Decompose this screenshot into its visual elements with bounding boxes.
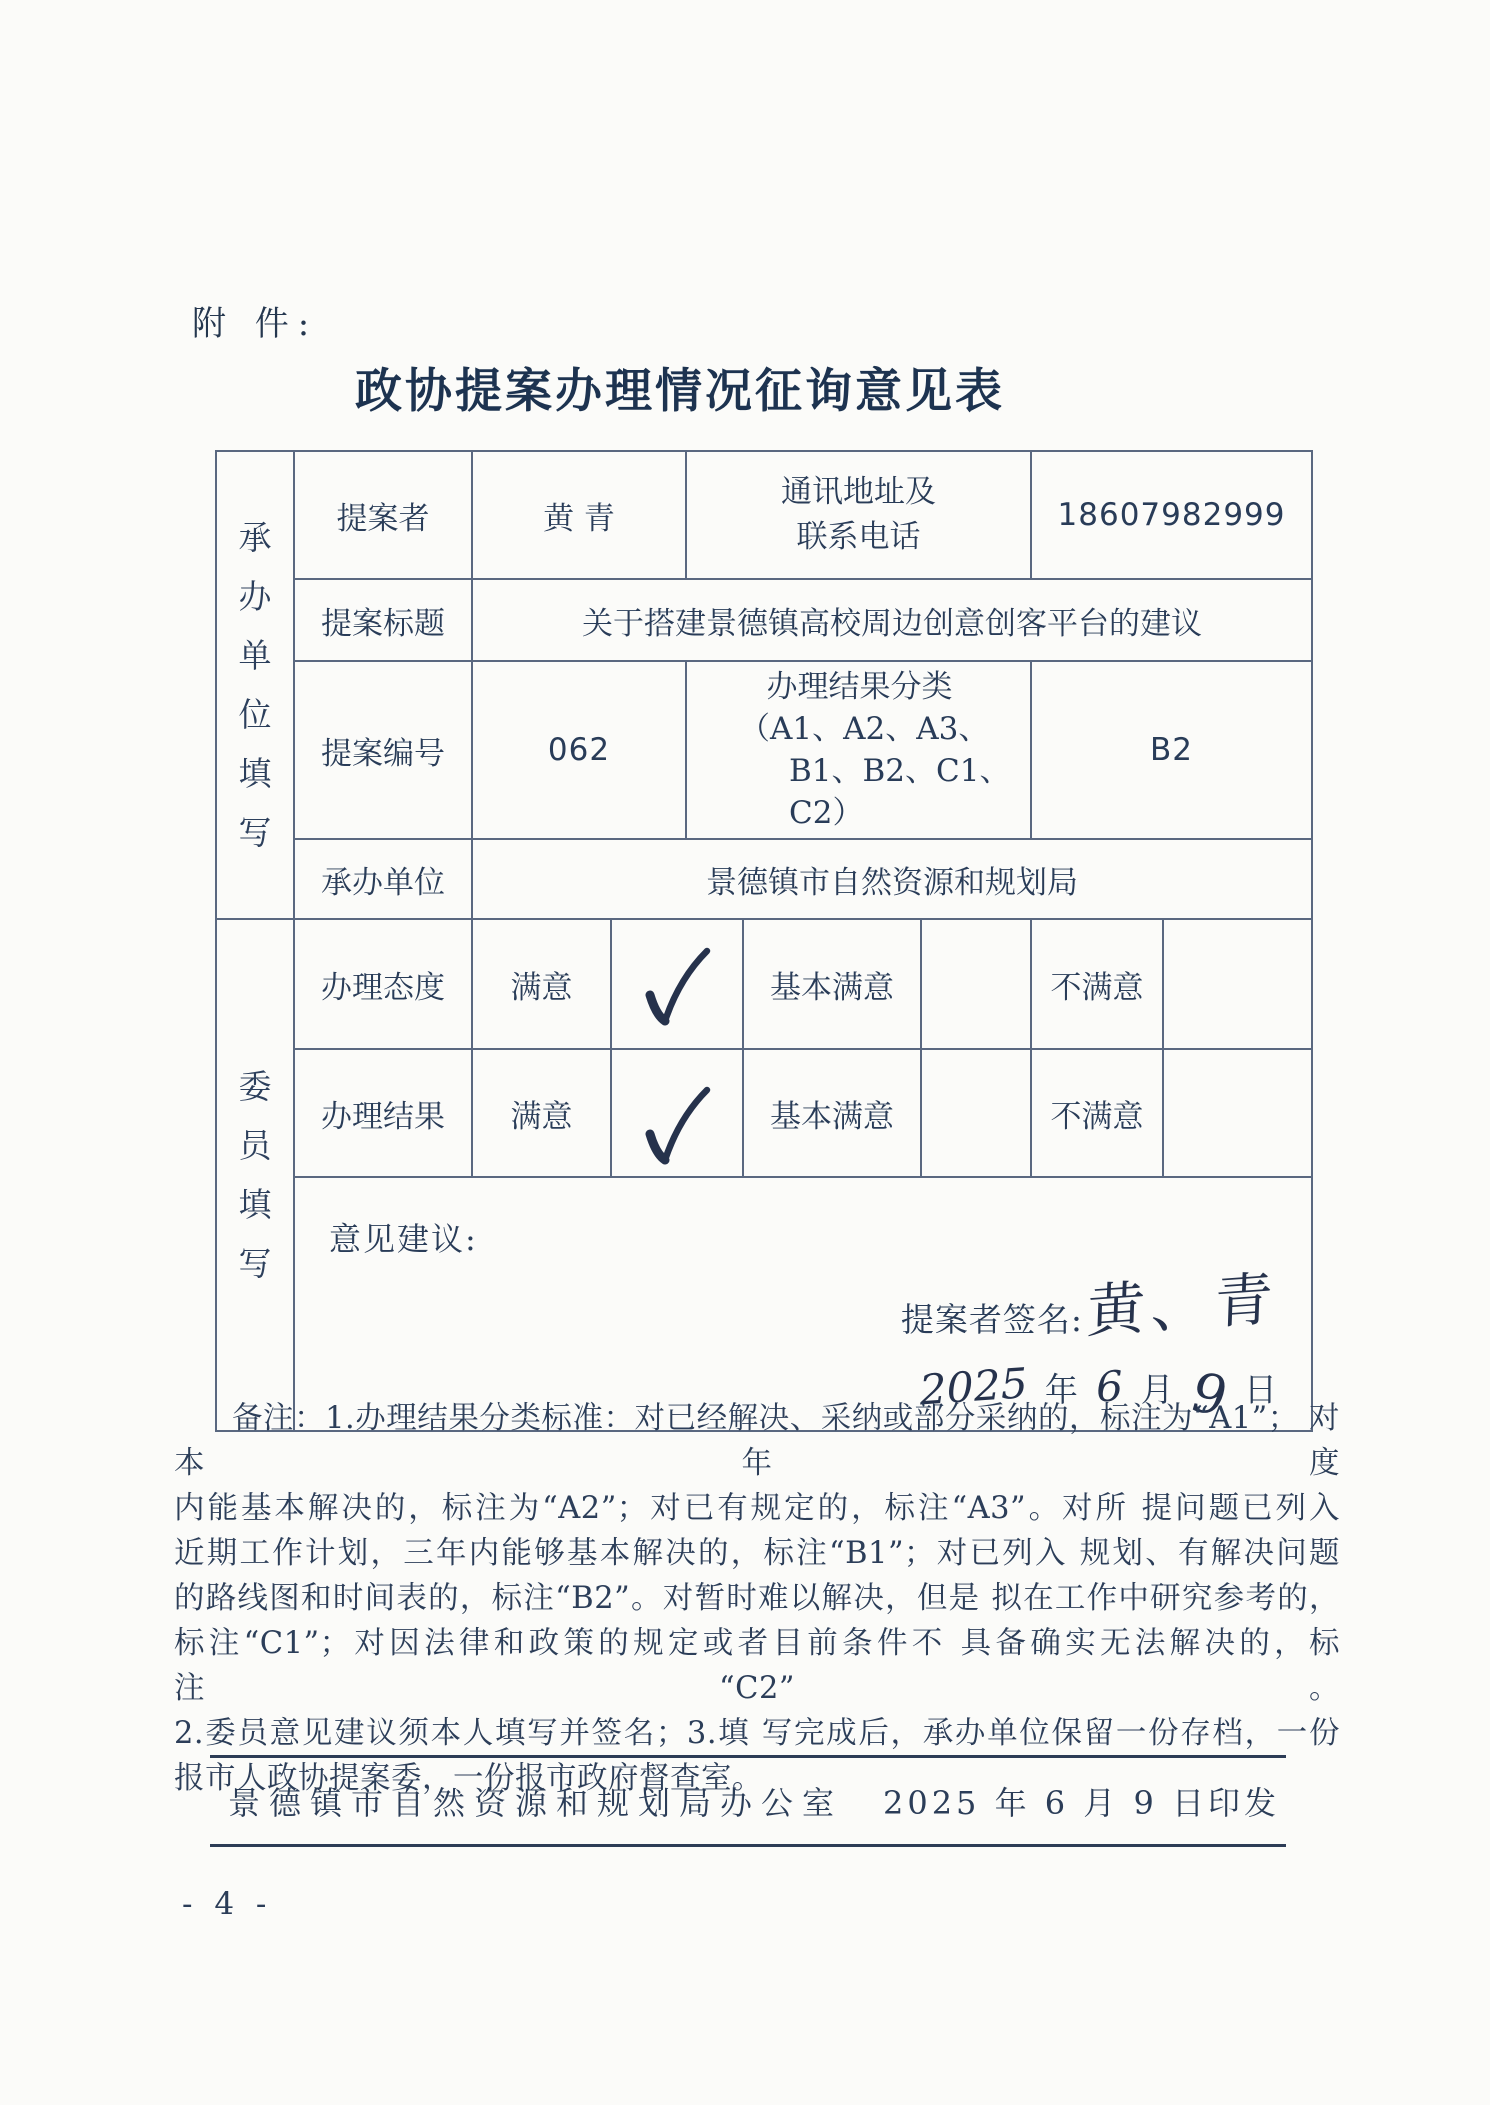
result-satisfied-check-cell: [611, 1049, 743, 1177]
result-category-line2: （A1、A2、A3、: [703, 708, 1026, 750]
remarks-line: 的路线图和时间表的，标注“B2”。对暂时难以解决，但是 拟在工作中研究参考的，: [174, 1576, 1340, 1621]
remarks-line: 近期工作计划，三年内能够基本解决的，标注“B1”；对已列入 规划、有解决问题: [174, 1531, 1340, 1576]
attitude-unsatisfied-check-cell: [1163, 919, 1312, 1049]
checkmark-icon: [640, 1074, 714, 1172]
remarks-line: 备注：1.办理结果分类标准：对已经解决、采纳或部分采纳的，标注为“A1”； 对本…: [174, 1396, 1340, 1486]
signature-handwriting: 黄、青: [1086, 1251, 1280, 1349]
attachment-label: 附 件:: [192, 296, 318, 345]
result-option-unsatisfied: 不满意: [1031, 1049, 1163, 1177]
contact-label-line2: 联系电话: [691, 515, 1026, 560]
opinion-cell: 意见建议: 提案者签名: 黄、青 2025 年 6 月 9 日: [294, 1177, 1312, 1431]
footer-rule-top: [210, 1755, 1286, 1758]
attitude-option-unsatisfied: 不满意: [1031, 919, 1163, 1049]
footer-print-date: 2025 年 6 月 9 日印发: [883, 1778, 1280, 1824]
result-category-line1: 办理结果分类: [703, 666, 1026, 708]
result-unsatisfied-check-cell: [1163, 1049, 1312, 1177]
result-category-line3: B1、B2、C1、C2）: [703, 750, 1026, 834]
result-category-label: 办理结果分类 （A1、A2、A3、 B1、B2、C1、C2）: [686, 661, 1031, 839]
attitude-basically-satisfied-check-cell: [921, 919, 1031, 1049]
attitude-label: 办理态度: [294, 919, 472, 1049]
signature-label: 提案者签名:: [901, 1294, 1083, 1341]
result-option-basically-satisfied: 基本满意: [743, 1049, 921, 1177]
section-label-member-fill: 委员填写: [216, 919, 294, 1431]
result-category-value: B2: [1031, 661, 1312, 839]
attitude-option-satisfied: 满意: [472, 919, 611, 1049]
checkmark-icon: [640, 935, 714, 1033]
proposal-title-label: 提案标题: [294, 579, 472, 661]
contact-phone-value: 18607982999: [1031, 451, 1312, 579]
remarks-paragraph: 备注：1.办理结果分类标准：对已经解决、采纳或部分采纳的，标注为“A1”； 对本…: [174, 1396, 1340, 1801]
handling-unit-label: 承办单位: [294, 839, 472, 919]
proposer-name-value: 黄 青: [472, 451, 686, 579]
remarks-line: 内能基本解决的，标注为“A2”；对已有规定的，标注“A3”。对所 提问题已列入: [174, 1486, 1340, 1531]
page-title: 政协提案办理情况征询意见表: [60, 354, 1300, 421]
footer-band: 景德镇市自然资源和规划局办公室 2025 年 6 月 9 日印发: [210, 1764, 1286, 1838]
opinion-label: 意见建议:: [329, 1214, 478, 1260]
result-option-satisfied: 满意: [472, 1049, 611, 1177]
result-label: 办理结果: [294, 1049, 472, 1177]
proposal-number-value: 062: [472, 661, 686, 839]
proposal-number-label: 提案编号: [294, 661, 472, 839]
handling-unit-value: 景德镇市自然资源和规划局: [472, 839, 1312, 919]
result-basically-satisfied-check-cell: [921, 1049, 1031, 1177]
section-label-unit-fill-text: 承办单位填写: [237, 508, 274, 862]
attitude-option-basically-satisfied: 基本满意: [743, 919, 921, 1049]
footer-rule-bottom: [210, 1844, 1286, 1847]
contact-label-line1: 通讯地址及: [691, 470, 1026, 515]
signature-row: 提案者签名: 黄、青: [901, 1292, 1279, 1342]
page-number: - 4 -: [182, 1886, 272, 1922]
remarks-line: 标注“C1”；对因法律和政策的规定或者目前条件不 具备确实无法解决的，标注“C2…: [174, 1621, 1340, 1711]
section-label-unit-fill: 承办单位填写: [216, 451, 294, 919]
proposal-title-value: 关于搭建景德镇高校周边创意创客平台的建议: [472, 579, 1312, 661]
attitude-satisfied-check-cell: [611, 919, 743, 1049]
section-label-member-fill-text: 委员填写: [237, 1057, 274, 1293]
contact-label: 通讯地址及 联系电话: [686, 451, 1031, 579]
footer-issuer: 景德镇市自然资源和规划局办公室: [228, 1778, 843, 1824]
proposer-label: 提案者: [294, 451, 472, 579]
remarks-line: 2.委员意见建议须本人填写并签名；3.填 写完成后，承办单位保留一份存档，一份: [174, 1711, 1340, 1756]
scanned-form-page: 附 件: 政协提案办理情况征询意见表 承办单位填写 提案者 黄 青 通讯地址及 …: [0, 0, 1490, 2105]
proposal-feedback-form-table: 承办单位填写 提案者 黄 青 通讯地址及 联系电话 18607982999 提案…: [215, 450, 1313, 1432]
